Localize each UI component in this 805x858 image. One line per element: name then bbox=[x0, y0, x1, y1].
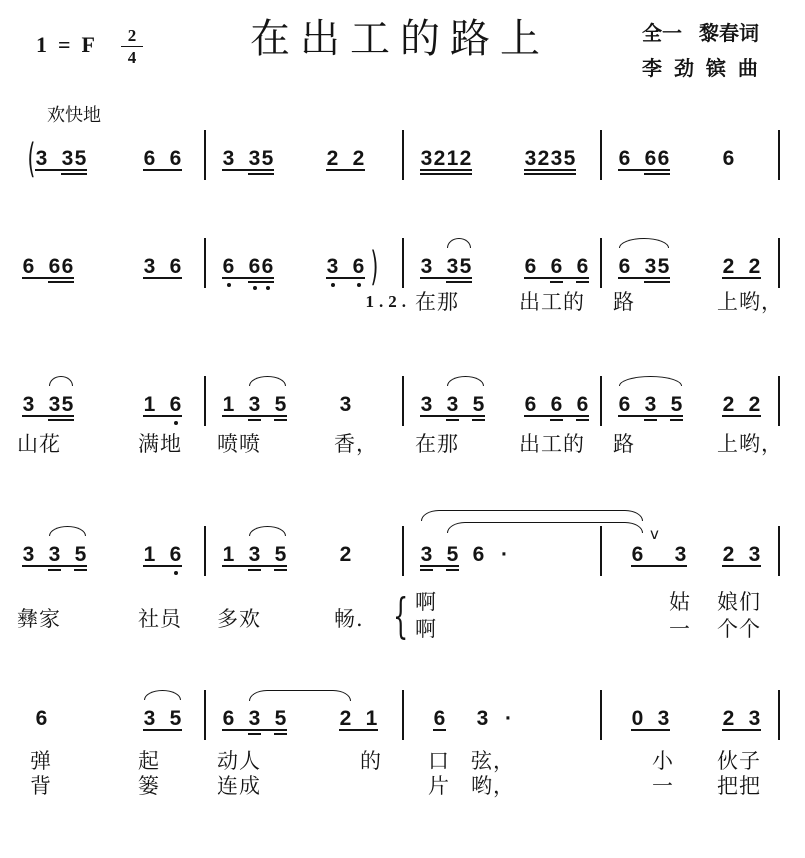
sixteenth-underline bbox=[248, 733, 261, 735]
note-digit: 5 bbox=[446, 544, 459, 566]
note-digit: 6 bbox=[22, 256, 35, 278]
note-digit: 3 bbox=[48, 544, 61, 566]
staff-row: 6663666636)31.2.在那356出工的666路352上哟，2 bbox=[0, 238, 805, 288]
beat: 1多欢35 bbox=[222, 544, 287, 566]
note-head: 3 bbox=[35, 148, 48, 170]
note-head: 1满地 bbox=[143, 394, 156, 416]
eighth-underline bbox=[657, 169, 670, 171]
note-digit: 3 bbox=[748, 544, 761, 566]
sixteenth-underline bbox=[261, 281, 274, 283]
parenthesis: ) bbox=[368, 256, 378, 278]
lyric-line-1: 弹 bbox=[30, 749, 52, 774]
note-head: 3 bbox=[48, 544, 61, 566]
note-head: 6 bbox=[248, 256, 261, 278]
sixteenth-underline bbox=[644, 173, 657, 175]
note-head: 1社员 bbox=[143, 544, 156, 566]
eighth-underline bbox=[433, 169, 446, 171]
beat: 666 bbox=[22, 256, 74, 278]
eighth-underline bbox=[631, 415, 657, 417]
note-head: 6 bbox=[644, 148, 657, 170]
note: 2伙子把把 bbox=[722, 708, 735, 730]
eighth-underline bbox=[420, 277, 433, 279]
lyric-line-1: 多欢 bbox=[217, 606, 261, 633]
note-head: 2 bbox=[459, 148, 472, 170]
note-digit: 1 bbox=[446, 148, 459, 170]
note: 3姑一 bbox=[644, 544, 687, 566]
measure: (33566 bbox=[18, 130, 206, 180]
note-digit: 3 bbox=[248, 148, 261, 170]
eighth-underline bbox=[657, 415, 683, 417]
sixteenth-underline bbox=[248, 419, 261, 421]
note-head: 31.2.在那 bbox=[420, 256, 433, 278]
note-head: 6 bbox=[618, 148, 631, 170]
note: 3 bbox=[222, 148, 235, 170]
note-head: 2 bbox=[339, 708, 352, 730]
note-digit: 2 bbox=[722, 394, 735, 416]
beat: 3212 bbox=[420, 148, 472, 170]
lyric-block: 喷喷 bbox=[217, 432, 261, 456]
note-digit: 6 bbox=[143, 148, 156, 170]
note-digit: 3 bbox=[657, 708, 670, 730]
note: 6 bbox=[22, 256, 35, 278]
note-digit: 3 bbox=[326, 256, 339, 278]
beat: 22 bbox=[326, 148, 365, 170]
beat: 2上哟，2 bbox=[722, 394, 761, 416]
augmentation-dot: · bbox=[485, 544, 511, 566]
note-digit: 2 bbox=[722, 544, 735, 566]
note-digit: 6 bbox=[722, 148, 735, 170]
note-digit: 6 bbox=[61, 256, 74, 278]
note-head: 6 bbox=[550, 256, 563, 278]
note: 3 bbox=[631, 256, 657, 278]
eighth-underline bbox=[459, 415, 485, 417]
eighth-underline bbox=[35, 169, 48, 171]
note-head: 3 bbox=[524, 148, 537, 170]
sixteenth-underline bbox=[446, 419, 459, 421]
eighth-underline bbox=[735, 415, 761, 417]
eighth-underline bbox=[61, 415, 74, 417]
note-head: 3香， bbox=[339, 394, 352, 416]
note: 2 bbox=[339, 708, 352, 730]
note: 3弦，哟， bbox=[446, 708, 489, 730]
note-digit: 1 bbox=[365, 708, 378, 730]
sixteenth-underline bbox=[670, 419, 683, 421]
note-head: 1多欢 bbox=[222, 544, 235, 566]
note-digit: 2 bbox=[537, 148, 550, 170]
note-head: 3 bbox=[248, 708, 261, 730]
note: 5 bbox=[657, 256, 670, 278]
note-digit: 1 bbox=[143, 544, 156, 566]
note-head: 2 bbox=[352, 148, 365, 170]
parenthesis: ( bbox=[25, 148, 35, 170]
measure: 6口片3弦，哟，· bbox=[404, 690, 602, 740]
eighth-underline bbox=[156, 729, 182, 731]
lyric-line-2: 一 bbox=[669, 616, 691, 643]
note-head: 5 bbox=[657, 256, 670, 278]
sixteenth-underline bbox=[563, 173, 576, 175]
sixteenth-underline bbox=[459, 281, 472, 283]
eighth-underline bbox=[222, 169, 235, 171]
note-head: 5 bbox=[274, 394, 287, 416]
note-digit: 3 bbox=[674, 544, 687, 566]
lyric-block: 口片 bbox=[428, 749, 450, 799]
eighth-underline bbox=[222, 565, 235, 567]
note-digit: 6 bbox=[618, 148, 631, 170]
note: 3啊啊 bbox=[420, 544, 433, 566]
eighth-underline bbox=[644, 565, 687, 567]
slur-arc bbox=[421, 510, 643, 521]
lyric-line-2: 连成 bbox=[217, 774, 261, 799]
note-head: 3 bbox=[248, 544, 261, 566]
beat: 21的 bbox=[326, 708, 378, 730]
note-head: ) bbox=[368, 256, 378, 278]
note: 6 bbox=[235, 256, 261, 278]
note: 5 bbox=[61, 394, 74, 416]
staff-row: 3彝家351社员61多欢352畅.3啊啊56·6v3姑一2娘们个个3 bbox=[0, 526, 805, 576]
note: 6 bbox=[631, 148, 657, 170]
note: 3 bbox=[420, 148, 433, 170]
sixteenth-underline bbox=[261, 173, 274, 175]
low-octave-dot-icon bbox=[331, 283, 335, 287]
eighth-underline bbox=[326, 277, 339, 279]
eighth-underline bbox=[235, 277, 261, 279]
note: 3 bbox=[35, 148, 48, 170]
sixteenth-underline bbox=[274, 569, 287, 571]
note-head: 6 bbox=[657, 148, 670, 170]
note: 5 bbox=[563, 148, 576, 170]
note-head: 2 bbox=[748, 394, 761, 416]
eighth-underline bbox=[35, 277, 61, 279]
sixteenth-underline bbox=[74, 173, 87, 175]
lyric-block: 路 bbox=[613, 432, 635, 456]
eighth-underline bbox=[61, 277, 74, 279]
eighth-underline bbox=[563, 277, 589, 279]
low-octave-dot-icon bbox=[174, 571, 178, 575]
lyric-line-1: 喷喷 bbox=[217, 432, 261, 456]
note-digit: 2 bbox=[748, 256, 761, 278]
lyric-line-1: 上哟， bbox=[717, 432, 783, 456]
note-head: 3姑一 bbox=[674, 544, 687, 566]
sixteenth-underline bbox=[644, 281, 657, 283]
note-head: 5 bbox=[472, 394, 485, 416]
note: 3 bbox=[735, 708, 761, 730]
low-octave-dot-icon bbox=[266, 286, 270, 290]
note-head: 5 bbox=[563, 148, 576, 170]
note-head: 6 bbox=[169, 544, 182, 566]
note: 3在那 bbox=[420, 394, 433, 416]
note: 2 bbox=[537, 148, 550, 170]
note-head: 6 bbox=[550, 394, 563, 416]
sixteenth-underline bbox=[446, 281, 459, 283]
note-digit: 6 bbox=[576, 394, 589, 416]
sixteenth-underline bbox=[61, 419, 74, 421]
note: 3 bbox=[433, 394, 459, 416]
eighth-underline bbox=[657, 277, 670, 279]
note-digit: 6 bbox=[48, 256, 61, 278]
lyric-line-1: 动人 bbox=[217, 749, 261, 774]
lyric-block: 动人连成 bbox=[217, 749, 261, 799]
note: 6动人连成 bbox=[222, 708, 235, 730]
eighth-underline bbox=[524, 415, 537, 417]
eighth-underline bbox=[156, 415, 182, 417]
note-digit: 6 bbox=[550, 394, 563, 416]
note-head: ( bbox=[25, 148, 35, 170]
eighth-underline bbox=[222, 277, 235, 279]
measure: 3啊啊56· bbox=[404, 526, 602, 576]
note-digit: 3 bbox=[748, 708, 761, 730]
note-digit: 6 bbox=[248, 256, 261, 278]
beat: 3在那35 bbox=[420, 394, 485, 416]
note-digit: 5 bbox=[61, 394, 74, 416]
lyric-line-1: 出工的 bbox=[519, 290, 585, 314]
note: 31.2.在那 bbox=[420, 256, 433, 278]
eighth-underline bbox=[631, 565, 644, 567]
beat: 1喷喷35 bbox=[222, 394, 287, 416]
eighth-underline bbox=[261, 565, 287, 567]
eighth-underline bbox=[420, 565, 433, 567]
note-digit: 3 bbox=[22, 394, 35, 416]
note-digit: 3 bbox=[22, 544, 35, 566]
sixteenth-underline bbox=[657, 281, 670, 283]
note: 6出工的 bbox=[524, 256, 537, 278]
slur-arc bbox=[447, 522, 643, 533]
eighth-underline bbox=[459, 169, 472, 171]
eighth-underline bbox=[537, 415, 563, 417]
note: 3 bbox=[235, 708, 261, 730]
note-head: · bbox=[498, 544, 511, 566]
sixteenth-underline bbox=[48, 281, 61, 283]
note-digit: 6 bbox=[524, 394, 537, 416]
eighth-underline bbox=[722, 415, 735, 417]
eighth-underline bbox=[563, 169, 576, 171]
note: 6 bbox=[537, 256, 563, 278]
note: 5 bbox=[459, 256, 472, 278]
note-digit: 6 bbox=[550, 256, 563, 278]
sixteenth-underline bbox=[537, 173, 550, 175]
beat: 1满地6 bbox=[143, 394, 182, 416]
lyric-block: 起篓 bbox=[138, 749, 160, 799]
note-digit: 6 bbox=[169, 148, 182, 170]
note: 3香， bbox=[339, 394, 352, 416]
sixteenth-underline bbox=[524, 173, 537, 175]
measure: 3在那356出工的66 bbox=[404, 376, 602, 426]
sixteenth-underline bbox=[48, 569, 61, 571]
note-digit: 1 bbox=[222, 394, 235, 416]
beat: 3山花35 bbox=[22, 394, 74, 416]
note: 6 bbox=[537, 394, 563, 416]
sixteenth-underline bbox=[550, 281, 563, 283]
note: 5 bbox=[61, 544, 87, 566]
note-head: 5 bbox=[169, 708, 182, 730]
sixteenth-underline bbox=[74, 569, 87, 571]
lyric-line-1: 上哟， bbox=[717, 290, 783, 314]
note-head: 5 bbox=[61, 394, 74, 416]
sixteenth-underline bbox=[472, 419, 485, 421]
note: 5 bbox=[156, 708, 182, 730]
note-head: 3 bbox=[248, 394, 261, 416]
note-head: 3 bbox=[644, 394, 657, 416]
sixteenth-underline bbox=[420, 569, 433, 571]
note-head: 3 bbox=[550, 148, 563, 170]
note-head: 3 bbox=[326, 256, 339, 278]
note: 2上哟， bbox=[722, 256, 735, 278]
eighth-underline bbox=[156, 169, 182, 171]
note-digit: 6 bbox=[169, 256, 182, 278]
lyric-line-1: 口 bbox=[428, 749, 450, 774]
note-head: 1的 bbox=[365, 708, 378, 730]
beat: 03小一 bbox=[618, 708, 670, 730]
note-digit: 5 bbox=[169, 708, 182, 730]
lyric-line-2: 背 bbox=[30, 774, 52, 799]
note-digit: 3 bbox=[446, 394, 459, 416]
note: 6口片 bbox=[433, 708, 446, 730]
sixteenth-underline bbox=[248, 281, 261, 283]
eighth-underline bbox=[550, 169, 563, 171]
eighth-underline bbox=[537, 277, 563, 279]
eighth-underline bbox=[524, 169, 537, 171]
note-digit: 5 bbox=[274, 394, 287, 416]
sixteenth-underline bbox=[248, 173, 261, 175]
lyric-block: 的 bbox=[360, 749, 382, 774]
note-head: 6出工的 bbox=[524, 256, 537, 278]
sixteenth-underline bbox=[61, 281, 74, 283]
eighth-underline bbox=[433, 415, 459, 417]
note: 3 bbox=[326, 256, 339, 278]
note-digit: 2 bbox=[433, 148, 446, 170]
eighth-underline bbox=[143, 169, 156, 171]
note-digit: 6 bbox=[644, 148, 657, 170]
eighth-underline bbox=[420, 169, 433, 171]
note: 3 bbox=[235, 394, 261, 416]
eighth-underline bbox=[74, 169, 87, 171]
beat: 3啊啊56· bbox=[420, 544, 511, 566]
lyric-line-1: 姑 bbox=[669, 589, 691, 616]
measure: 66636 bbox=[18, 238, 206, 288]
note-digit: 3 bbox=[143, 708, 156, 730]
note-digit: 3 bbox=[248, 544, 261, 566]
eighth-underline bbox=[235, 415, 261, 417]
note-digit: 6 bbox=[261, 256, 274, 278]
note-digit: · bbox=[498, 544, 511, 566]
note-head: 2 bbox=[748, 256, 761, 278]
note-head: 2 bbox=[537, 148, 550, 170]
note-digit: 2 bbox=[339, 708, 352, 730]
note-head: 5 bbox=[274, 708, 287, 730]
note-digit: 5 bbox=[472, 394, 485, 416]
note-head: 6口片 bbox=[433, 708, 446, 730]
eighth-underline bbox=[339, 729, 352, 731]
note-digit: 3 bbox=[420, 148, 433, 170]
note-digit: 6 bbox=[169, 394, 182, 416]
lyric-block: 出工的 bbox=[519, 432, 585, 456]
eighth-underline bbox=[261, 277, 274, 279]
note-head: 2伙子把把 bbox=[722, 708, 735, 730]
lyric-line-1: 的 bbox=[360, 749, 382, 774]
note: 6 bbox=[35, 256, 61, 278]
note-digit: 3 bbox=[550, 148, 563, 170]
note-digit: 3 bbox=[248, 708, 261, 730]
measure: 1多欢352畅. bbox=[206, 526, 404, 576]
beat: 6路35 bbox=[618, 394, 683, 416]
note-head: 3 bbox=[420, 148, 433, 170]
eighth-underline bbox=[143, 415, 156, 417]
note-head: 1 bbox=[446, 148, 459, 170]
note: 2 bbox=[326, 148, 339, 170]
measure: 6666 bbox=[602, 130, 780, 180]
note-digit: 3 bbox=[420, 256, 433, 278]
lyric-line-1: 小 bbox=[652, 749, 674, 774]
note-digit: ) bbox=[371, 256, 376, 278]
verse-label: 1.2. bbox=[366, 290, 412, 314]
lyric-line-2: 啊 bbox=[415, 616, 437, 643]
note-digit: 6 bbox=[524, 256, 537, 278]
sixteenth-underline bbox=[248, 569, 261, 571]
lyric-line-2: 一 bbox=[652, 774, 674, 799]
eighth-underline bbox=[156, 277, 182, 279]
note: 2上哟， bbox=[722, 394, 735, 416]
eighth-underline bbox=[631, 729, 644, 731]
eighth-underline bbox=[352, 729, 378, 731]
note: 6 bbox=[156, 148, 182, 170]
beat: 1社员6 bbox=[143, 544, 182, 566]
note-head: 6 bbox=[169, 256, 182, 278]
note-digit: 3 bbox=[524, 148, 537, 170]
note: 6弹背 bbox=[35, 708, 48, 730]
score-body: (33566335223212323566666663666636)31.2.在… bbox=[0, 0, 805, 858]
eighth-underline bbox=[156, 565, 182, 567]
note-head: 0 bbox=[631, 708, 644, 730]
eighth-underline bbox=[22, 415, 35, 417]
note-digit: 6 bbox=[222, 256, 235, 278]
eighth-underline bbox=[235, 729, 261, 731]
eighth-underline bbox=[22, 565, 35, 567]
lyric-block: 路 bbox=[613, 290, 635, 314]
note-head: 3 bbox=[644, 256, 657, 278]
eighth-underline bbox=[631, 277, 657, 279]
note: 6出工的 bbox=[524, 394, 537, 416]
beat: 66 bbox=[143, 148, 182, 170]
note: 3 bbox=[35, 544, 61, 566]
note-digit: 3 bbox=[143, 256, 156, 278]
note: 6 bbox=[563, 256, 589, 278]
eighth-underline bbox=[143, 565, 156, 567]
note-digit: 0 bbox=[631, 708, 644, 730]
lyric-line-2: 片 bbox=[428, 774, 450, 799]
low-octave-dot-icon bbox=[357, 283, 361, 287]
eighth-underline bbox=[222, 729, 235, 731]
lyric-line-2: 哟， bbox=[471, 774, 515, 799]
note: 3 bbox=[48, 148, 74, 170]
note-digit: 6 bbox=[657, 148, 670, 170]
eighth-underline bbox=[631, 169, 657, 171]
note: 3 bbox=[143, 256, 156, 278]
lyric-line-1: 伙子 bbox=[717, 749, 761, 774]
note: 2畅. bbox=[339, 544, 352, 566]
note-head: 3在那 bbox=[420, 394, 433, 416]
note: 0 bbox=[631, 708, 644, 730]
note-digit: 3 bbox=[644, 256, 657, 278]
note-head: 6 bbox=[576, 256, 589, 278]
eighth-underline bbox=[35, 565, 61, 567]
note-digit: 2 bbox=[748, 394, 761, 416]
low-octave-dot-icon bbox=[227, 283, 231, 287]
sixteenth-underline bbox=[459, 173, 472, 175]
lyric-line-2: 把把 bbox=[717, 774, 761, 799]
note: 3 bbox=[433, 256, 459, 278]
note: 6 bbox=[156, 394, 182, 416]
note: 3起篓 bbox=[143, 708, 156, 730]
beat: 6口片3弦，哟，· bbox=[420, 708, 515, 730]
